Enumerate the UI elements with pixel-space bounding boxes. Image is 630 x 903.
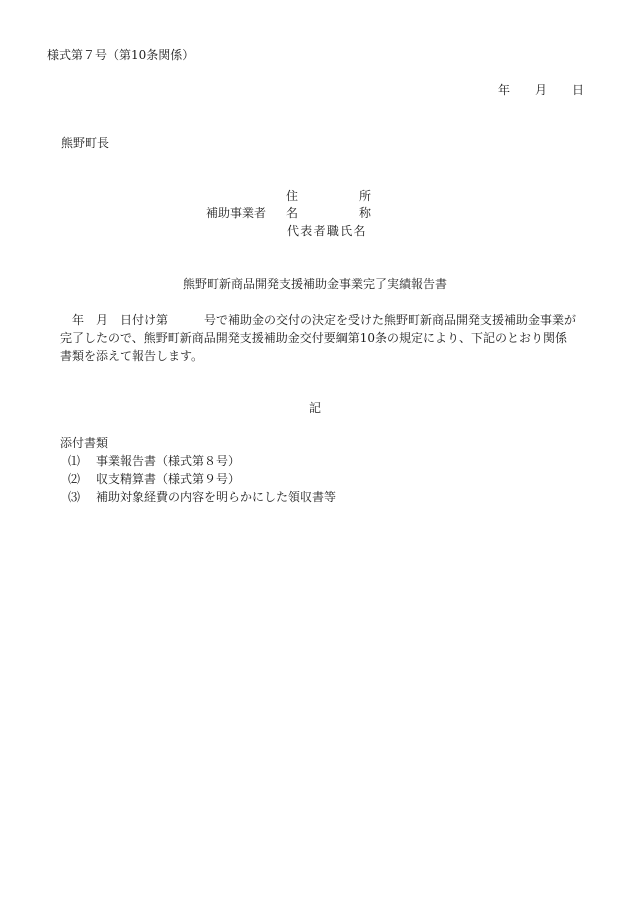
body-line: 年 月 日付け第 号で補助金の交付の決定を受けた熊野町新商品開発支援補助金事業が <box>60 311 585 329</box>
representative-label: 代表者職氏名 <box>287 224 367 238</box>
attachment-item: ⑶補助対象経費の内容を明らかにした領収書等 <box>68 490 336 504</box>
attachment-number: ⑶ <box>68 490 96 504</box>
attachment-text: 収支精算書（様式第９号） <box>96 472 240 486</box>
date-day-label: 日 <box>572 83 584 97</box>
addressee: 熊野町長 <box>61 136 109 150</box>
name-label-part2: 称 <box>359 206 371 220</box>
applicant-label: 補助事業者 <box>206 206 266 220</box>
body-line: 書類を添えて報告します。 <box>60 347 585 365</box>
date-line: 年 月 日 <box>0 83 630 97</box>
date-year-label: 年 <box>498 83 510 97</box>
name-label-part1: 名 <box>286 206 298 220</box>
body-line: 完了したので、熊野町新商品開発支援補助金交付要綱第10条の規定により、下記のとお… <box>60 329 585 347</box>
form-number: 様式第７号（第10条関係） <box>47 48 194 62</box>
ki-heading: 記 <box>0 401 630 415</box>
attachment-number: ⑵ <box>68 472 96 486</box>
document-title: 熊野町新商品開発支援補助金事業完了実績報告書 <box>0 277 630 291</box>
body-paragraph: 年 月 日付け第 号で補助金の交付の決定を受けた熊野町新商品開発支援補助金事業が… <box>60 311 585 365</box>
attachment-text: 事業報告書（様式第８号） <box>96 454 240 468</box>
date-month-label: 月 <box>535 83 547 97</box>
attachment-item: ⑵収支精算書（様式第９号） <box>68 472 240 486</box>
address-label-part2: 所 <box>359 189 371 203</box>
attachment-item: ⑴事業報告書（様式第８号） <box>68 454 240 468</box>
attachment-text: 補助対象経費の内容を明らかにした領収書等 <box>96 490 336 504</box>
address-label-part1: 住 <box>286 189 298 203</box>
attachment-number: ⑴ <box>68 454 96 468</box>
attachments-heading: 添付書類 <box>60 436 108 450</box>
